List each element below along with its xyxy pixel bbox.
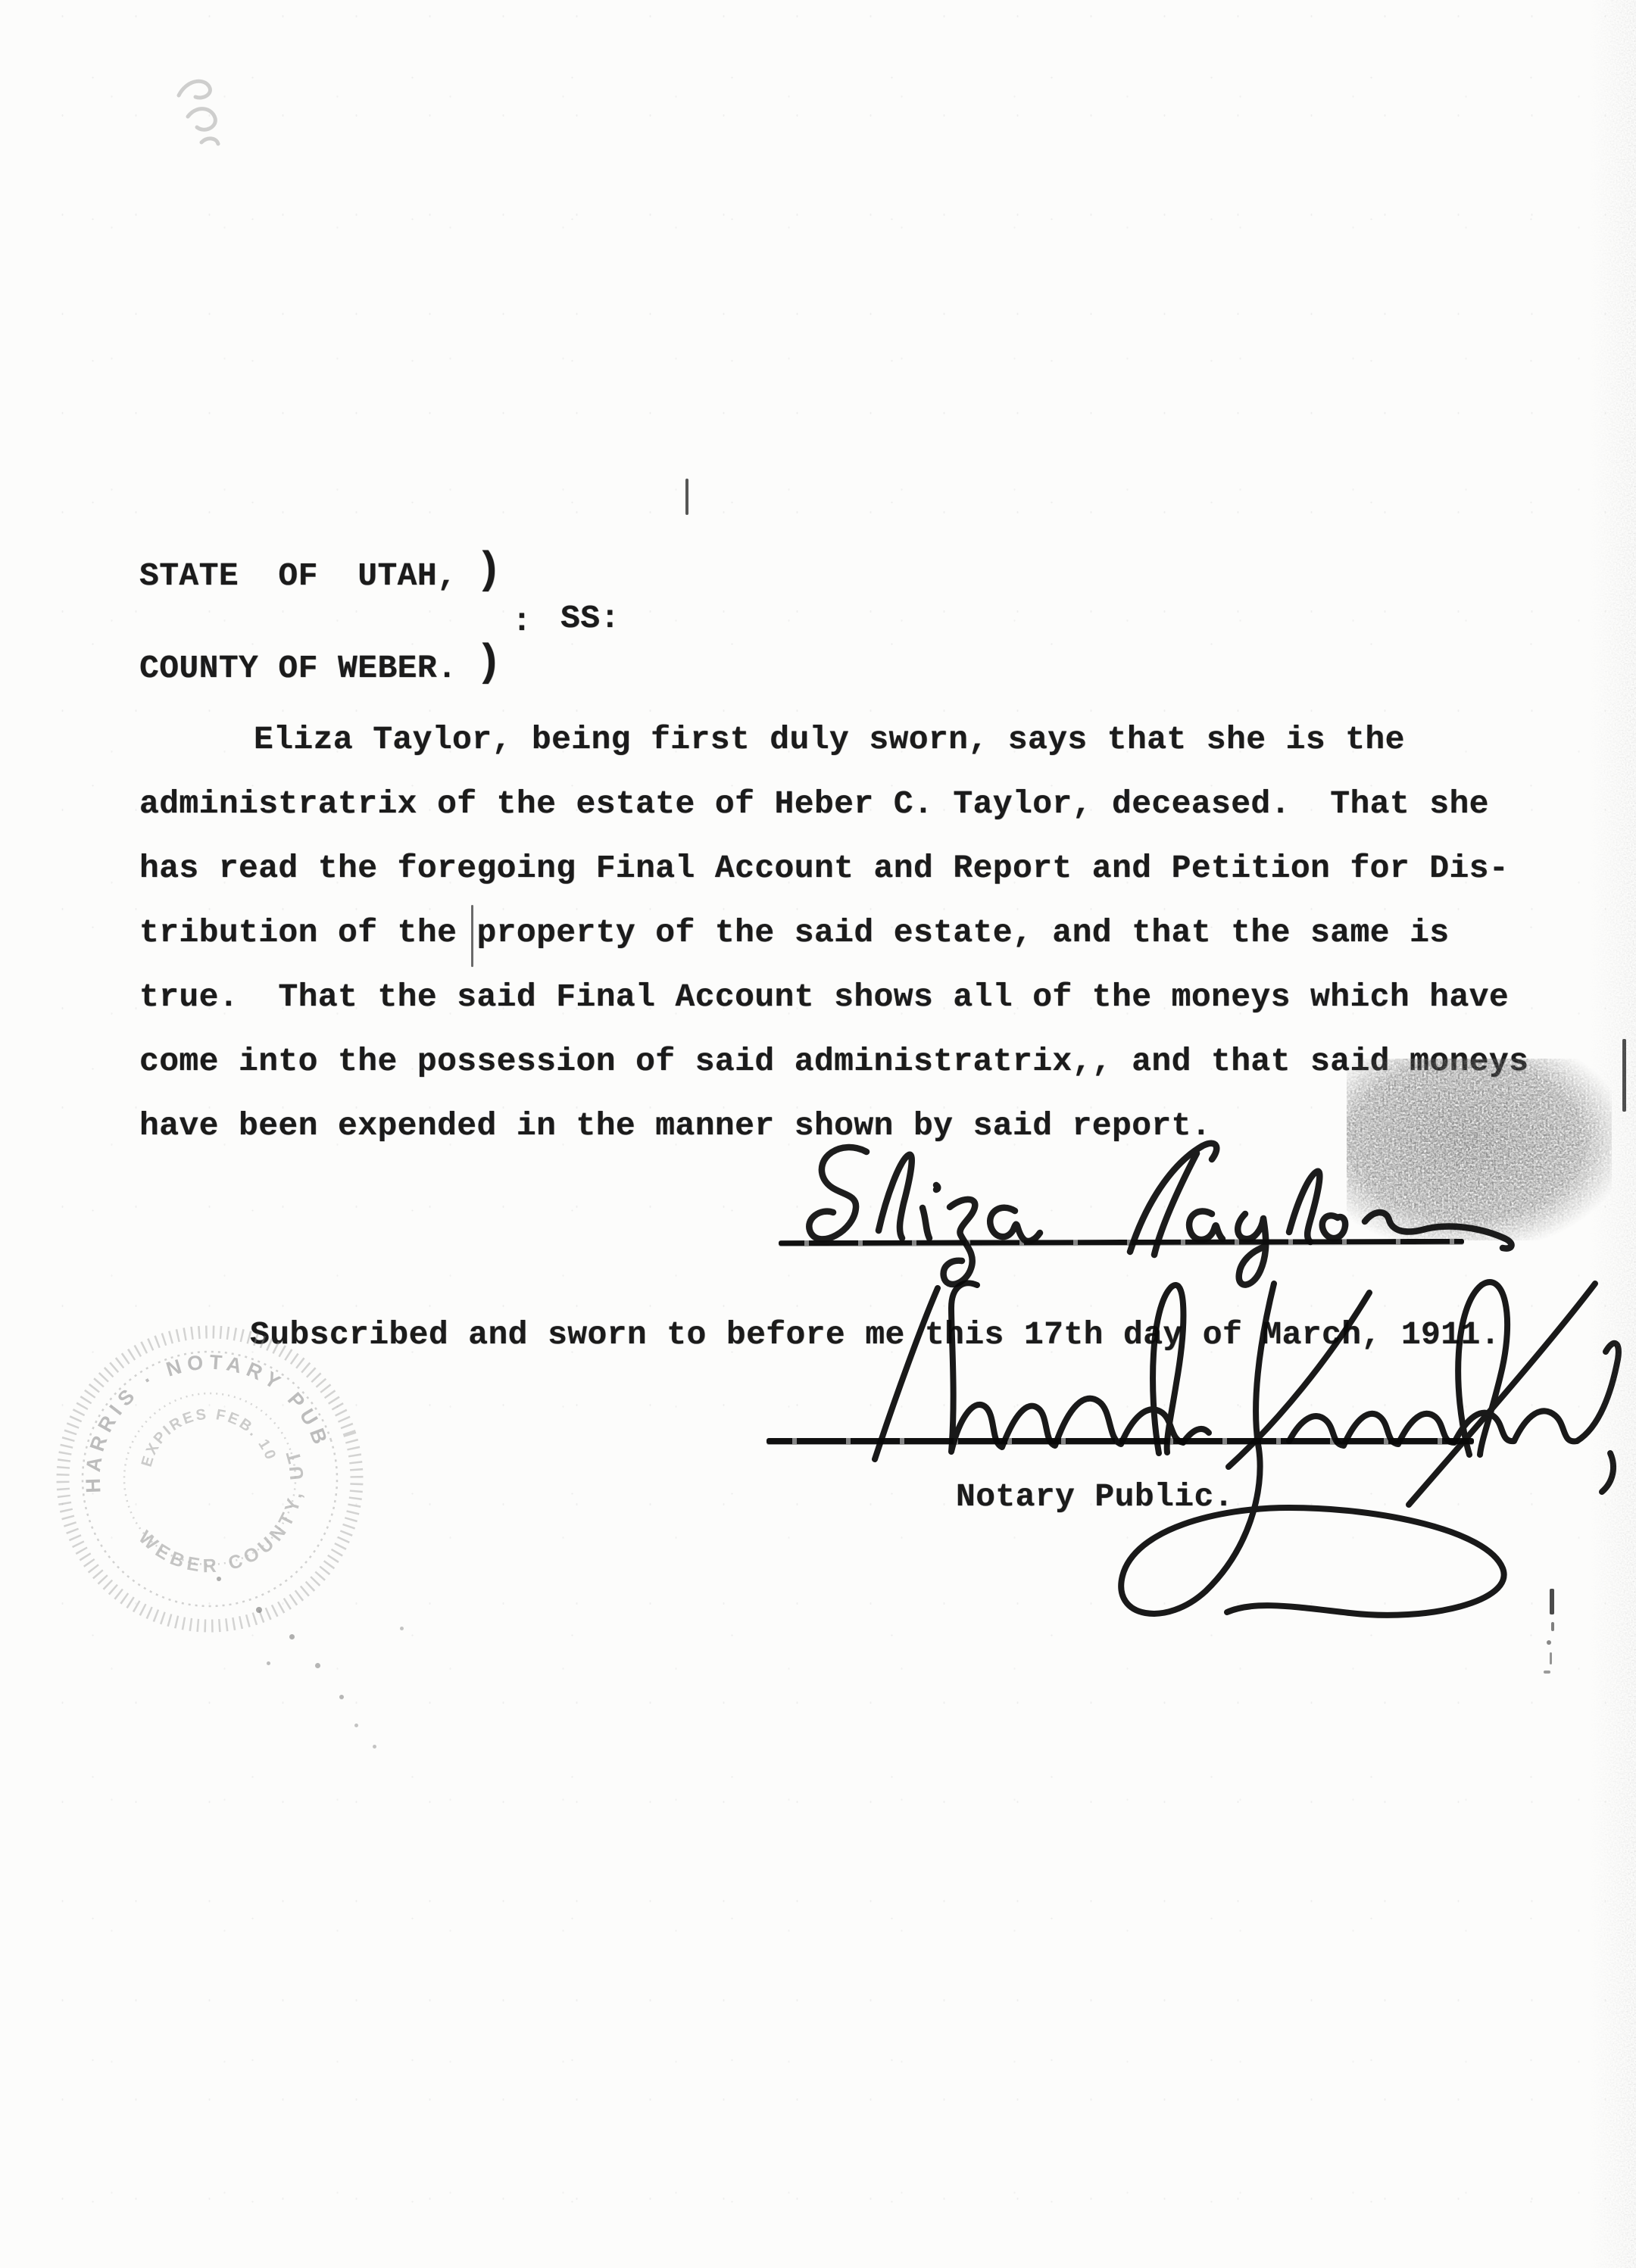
venue-bracket-top: ): [476, 547, 502, 596]
stray-pencil-mark: [165, 70, 241, 153]
affidavit-line: true. That the said Final Account shows …: [139, 978, 1509, 1015]
svg-text:EXPIRES FEB. 10: EXPIRES FEB. 10: [127, 1387, 280, 1501]
venue-state-line: STATE OF UTAH,: [139, 557, 457, 594]
venue-colon: :: [512, 603, 532, 640]
affidavit-line: administratrix of the estate of Heber C.…: [139, 785, 1489, 822]
affidavit-line: Eliza Taylor, being first duly sworn, sa…: [254, 721, 1405, 758]
svg-text:WEBER COUNTY, UT.: WEBER COUNTY, UT.: [5, 1278, 333, 1624]
notary-signature: Nathan Harris: [803, 1276, 1636, 1639]
affidavit-line: come into the possession of said adminis…: [139, 1043, 1528, 1080]
affiant-signature-ink: [788, 1132, 1545, 1295]
venue-bracket-bottom: ): [476, 639, 502, 688]
venue-ss-label: SS:: [560, 600, 620, 637]
affidavit-line: has read the foregoing Final Account and…: [139, 850, 1509, 887]
notary-signature-ink: [803, 1276, 1636, 1639]
venue-county-line: COUNTY OF WEBER.: [139, 650, 457, 687]
affiant-signature: Eliza Taylor: [788, 1132, 1545, 1295]
edge-scan-noise: [1589, 0, 1636, 2268]
affidavit-line: tribution of the property of the said es…: [139, 914, 1449, 951]
stray-pen-line: [471, 905, 473, 967]
seal-arc-bottom-text: WEBER COUNTY, UT.: [5, 1278, 333, 1624]
seal-inner-text: EXPIRES FEB. 10: [127, 1387, 280, 1501]
stray-vertical-tick: [685, 479, 688, 515]
scanned-affidavit-page: STATE OF UTAH, ) : SS: COUNTY OF WEBER. …: [0, 0, 1636, 2268]
